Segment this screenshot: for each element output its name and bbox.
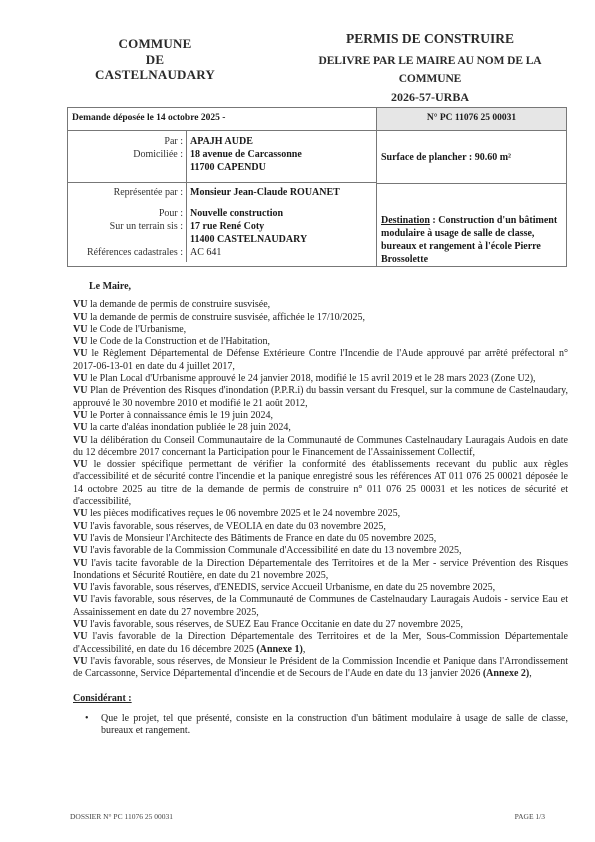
- vu-prefix: VU: [73, 422, 87, 433]
- field-label: Sur un terrain sis :: [68, 220, 187, 233]
- document-reference: 2026-57-URBA: [290, 88, 570, 106]
- vu-prefix: VU: [73, 348, 87, 359]
- vu-prefix: VU: [73, 410, 87, 421]
- vu-text: le Code de l'Urbanisme,: [87, 324, 186, 335]
- field-value: 17 rue René Coty: [187, 220, 377, 233]
- field-value: AC 641: [187, 246, 377, 262]
- commune-line: CASTELNAUDARY: [80, 67, 230, 83]
- vu-text: la carte d'aléas inondation publiée le 2…: [87, 422, 290, 433]
- vu-item: VU le Porter à connaissance émis le 19 j…: [73, 410, 568, 422]
- field-label: Par :: [68, 131, 187, 148]
- vu-prefix: VU: [73, 582, 87, 593]
- vu-prefix: VU: [73, 312, 87, 323]
- vu-prefix: VU: [73, 631, 87, 642]
- vu-text: l'avis favorable de la Commission Commun…: [87, 545, 461, 556]
- vu-item: VU la carte d'aléas inondation publiée l…: [73, 422, 568, 434]
- document-subtitle: DELIVRE PAR LE MAIRE AU NOM DE LA COMMUN…: [290, 52, 570, 88]
- vu-item: VU l'avis favorable de la Direction Dépa…: [73, 631, 568, 656]
- destination: Destination : Construction d'un bâtiment…: [377, 184, 566, 266]
- destination-label: Destination: [381, 215, 430, 226]
- commune-line: DE: [80, 52, 230, 68]
- field-value: APAJH AUDE: [187, 131, 377, 148]
- field-value: 11400 CASTELNAUDARY: [187, 233, 377, 246]
- vu-prefix: VU: [73, 299, 87, 310]
- vu-prefix: VU: [73, 435, 87, 446]
- field-label: Représentée par :: [68, 183, 187, 200]
- document-title: PERMIS DE CONSTRUIRE: [290, 30, 570, 48]
- pc-number: N° PC 11076 25 00031: [377, 108, 567, 131]
- considerant-text: Que le projet, tel que présenté, consist…: [101, 713, 568, 736]
- vu-item: VU l'avis favorable, sous réserves, de S…: [73, 619, 568, 631]
- vu-text: l'avis favorable, sous réserves, de SUEZ…: [87, 619, 463, 630]
- vu-prefix: VU: [73, 521, 87, 532]
- field-value: 11700 CAPENDU: [187, 161, 377, 174]
- vu-text: le Règlement Départemental de Défense Ex…: [73, 348, 568, 371]
- vu-text: le Code de la Construction et de l'Habit…: [87, 336, 270, 347]
- vu-text: le dossier spécifique permettant de véri…: [73, 459, 568, 507]
- document-body: Le Maire, VU la demande de permis de con…: [73, 281, 568, 737]
- vu-item: VU l'avis tacite favorable de la Directi…: [73, 558, 568, 583]
- vu-prefix: VU: [73, 336, 87, 347]
- considerant-list: •Que le projet, tel que présenté, consis…: [73, 713, 568, 738]
- vu-prefix: VU: [73, 508, 87, 519]
- vu-item: VU l'avis favorable, sous réserves, d'EN…: [73, 582, 568, 594]
- vu-text: l'avis favorable, sous réserves, de VEOL…: [87, 521, 385, 532]
- field-label: Domiciliée :: [68, 148, 187, 161]
- commune-header: COMMUNE DE CASTELNAUDARY: [80, 36, 230, 83]
- vu-text: la demande de permis de construire susvi…: [87, 299, 270, 310]
- footer-dossier: DOSSIER N° PC 11076 25 00031: [70, 812, 173, 821]
- vu-item: VU l'avis favorable, sous réserves, de M…: [73, 656, 568, 681]
- commune-line: COMMUNE: [80, 36, 230, 52]
- vu-text: Plan de Prévention des Risques d'inondat…: [73, 385, 568, 408]
- vu-prefix: VU: [73, 619, 87, 630]
- vu-item: VU la demande de permis de construire su…: [73, 299, 568, 311]
- footer-page-number: PAGE 1/3: [515, 812, 545, 821]
- vu-item: VU la délibération du Conseil Communauta…: [73, 435, 568, 460]
- vu-text: l'avis favorable, sous réserves, de la C…: [73, 594, 568, 617]
- permit-header: PERMIS DE CONSTRUIRE DELIVRE PAR LE MAIR…: [290, 30, 570, 106]
- vu-text: l'avis tacite favorable de la Direction …: [73, 558, 568, 581]
- vu-tail: ,: [303, 644, 306, 655]
- vu-prefix: VU: [73, 558, 87, 569]
- field-value: 18 avenue de Carcassonne: [187, 148, 377, 161]
- field-value: Monsieur Jean-Claude ROUANET: [187, 183, 377, 200]
- vu-prefix: VU: [73, 324, 87, 335]
- applicant-details: Par : APAJH AUDE Domiciliée : 18 avenue …: [68, 131, 377, 267]
- field-label: Pour :: [68, 207, 187, 220]
- vu-item: VU Plan de Prévention des Risques d'inon…: [73, 385, 568, 410]
- project-details: Surface de plancher : 90.60 m² Destinati…: [377, 131, 567, 267]
- field-label: [68, 233, 187, 246]
- bullet-icon: •: [85, 713, 89, 725]
- vu-item: VU le Code de l'Urbanisme,: [73, 324, 568, 336]
- field-label: [68, 161, 187, 174]
- considerant-heading: Considérant :: [73, 693, 568, 705]
- vu-item: VU les pièces modificatives reçues le 06…: [73, 508, 568, 520]
- vu-text: l'avis favorable, sous réserves, d'ENEDI…: [87, 582, 495, 593]
- vu-text: l'avis de Monsieur l'Architecte des Bâti…: [87, 533, 436, 544]
- vu-tail: ,: [529, 668, 532, 679]
- annex-reference: (Annexe 1): [256, 644, 302, 655]
- vu-item: VU la demande de permis de construire su…: [73, 312, 568, 324]
- le-maire: Le Maire,: [73, 281, 568, 293]
- vu-prefix: VU: [73, 594, 87, 605]
- vu-text: le Porter à connaissance émis le 19 juin…: [87, 410, 273, 421]
- vu-prefix: VU: [73, 533, 87, 544]
- vu-item: VU l'avis favorable, sous réserves, de V…: [73, 521, 568, 533]
- annex-reference: (Annexe 2): [483, 668, 529, 679]
- vu-item: VU l'avis de Monsieur l'Architecte des B…: [73, 533, 568, 545]
- vu-item: VU l'avis favorable de la Commission Com…: [73, 545, 568, 557]
- vu-item: VU le Plan Local d'Urbanisme approuvé le…: [73, 373, 568, 385]
- field-label: Références cadastrales :: [68, 246, 187, 262]
- vu-item: VU l'avis favorable, sous réserves, de l…: [73, 594, 568, 619]
- vu-text: l'avis favorable de la Direction Départe…: [73, 631, 568, 654]
- vu-text: la demande de permis de construire susvi…: [87, 312, 365, 323]
- considerant-item: •Que le projet, tel que présenté, consis…: [73, 713, 568, 738]
- vu-prefix: VU: [73, 545, 87, 556]
- vu-prefix: VU: [73, 373, 87, 384]
- vu-text: les pièces modificatives reçues le 06 no…: [87, 508, 400, 519]
- surface-plancher: Surface de plancher : 90.60 m²: [377, 131, 566, 184]
- vu-prefix: VU: [73, 385, 87, 396]
- field-value: Nouvelle construction: [187, 207, 377, 220]
- vu-text: le Plan Local d'Urbanisme approuvé le 24…: [87, 373, 535, 384]
- vu-item: VU le Code de la Construction et de l'Ha…: [73, 336, 568, 348]
- vu-prefix: VU: [73, 656, 87, 667]
- vu-text: la délibération du Conseil Communautaire…: [73, 435, 568, 458]
- vu-list: VU la demande de permis de construire su…: [73, 299, 568, 680]
- demande-date: Demande déposée le 14 octobre 2025 -: [68, 108, 377, 131]
- vu-item: VU le Règlement Départemental de Défense…: [73, 348, 568, 373]
- permit-info-table: Demande déposée le 14 octobre 2025 - N° …: [67, 107, 567, 267]
- vu-item: VU le dossier spécifique permettant de v…: [73, 459, 568, 508]
- vu-prefix: VU: [73, 459, 87, 470]
